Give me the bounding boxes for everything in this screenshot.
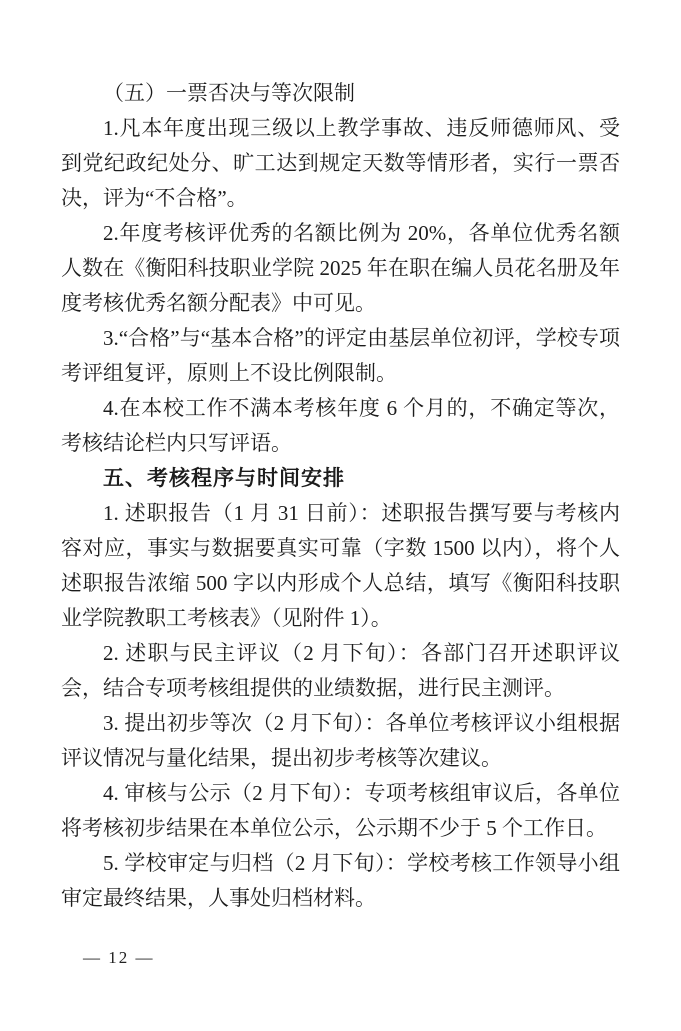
paragraph-step-review-publicity: 4. 审核与公示（2 月下旬）：专项考核组审议后，各单位将考核初步结果在本单位公… — [61, 776, 620, 846]
subsection-heading-five: （五）一票否决与等次限制 — [61, 76, 620, 111]
paragraph-step-preliminary-grade: 3. 提出初步等次（2 月下旬）：各单位考核评议小组根据评议情况与量化结果，提出… — [61, 706, 620, 776]
section-heading-procedure: 五、考核程序与时间安排 — [61, 461, 620, 496]
paragraph-qualified-rating: 3.“合格”与“基本合格”的评定由基层单位初评，学校专项考评组复评，原则上不设比… — [61, 321, 620, 391]
document-body: （五）一票否决与等次限制 1.凡本年度出现三级以上教学事故、违反师德师风、受到党… — [61, 76, 620, 916]
paragraph-step-report: 1. 述职报告（1 月 31 日前）：述职报告撰写要与考核内容对应，事实与数据要… — [61, 496, 620, 636]
paragraph-one-vote-veto: 1.凡本年度出现三级以上教学事故、违反师德师风、受到党纪政纪处分、旷工达到规定天… — [61, 111, 620, 216]
paragraph-step-final-approval: 5. 学校审定与归档（2 月下旬）：学校考核工作领导小组审定最终结果，人事处归档… — [61, 846, 620, 916]
document-page: （五）一票否决与等次限制 1.凡本年度出现三级以上教学事故、违反师德师风、受到党… — [0, 0, 681, 1031]
paragraph-under-six-months: 4.在本校工作不满本考核年度 6 个月的，不确定等次，考核结论栏内只写评语。 — [61, 391, 620, 461]
paragraph-excellent-quota: 2.年度考核评优秀的名额比例为 20%，各单位优秀名额人数在《衡阳科技职业学院 … — [61, 216, 620, 321]
paragraph-step-democratic-review: 2. 述职与民主评议（2 月下旬）：各部门召开述职评议会，结合专项考核组提供的业… — [61, 636, 620, 706]
page-number: — 12 — — [83, 948, 155, 968]
